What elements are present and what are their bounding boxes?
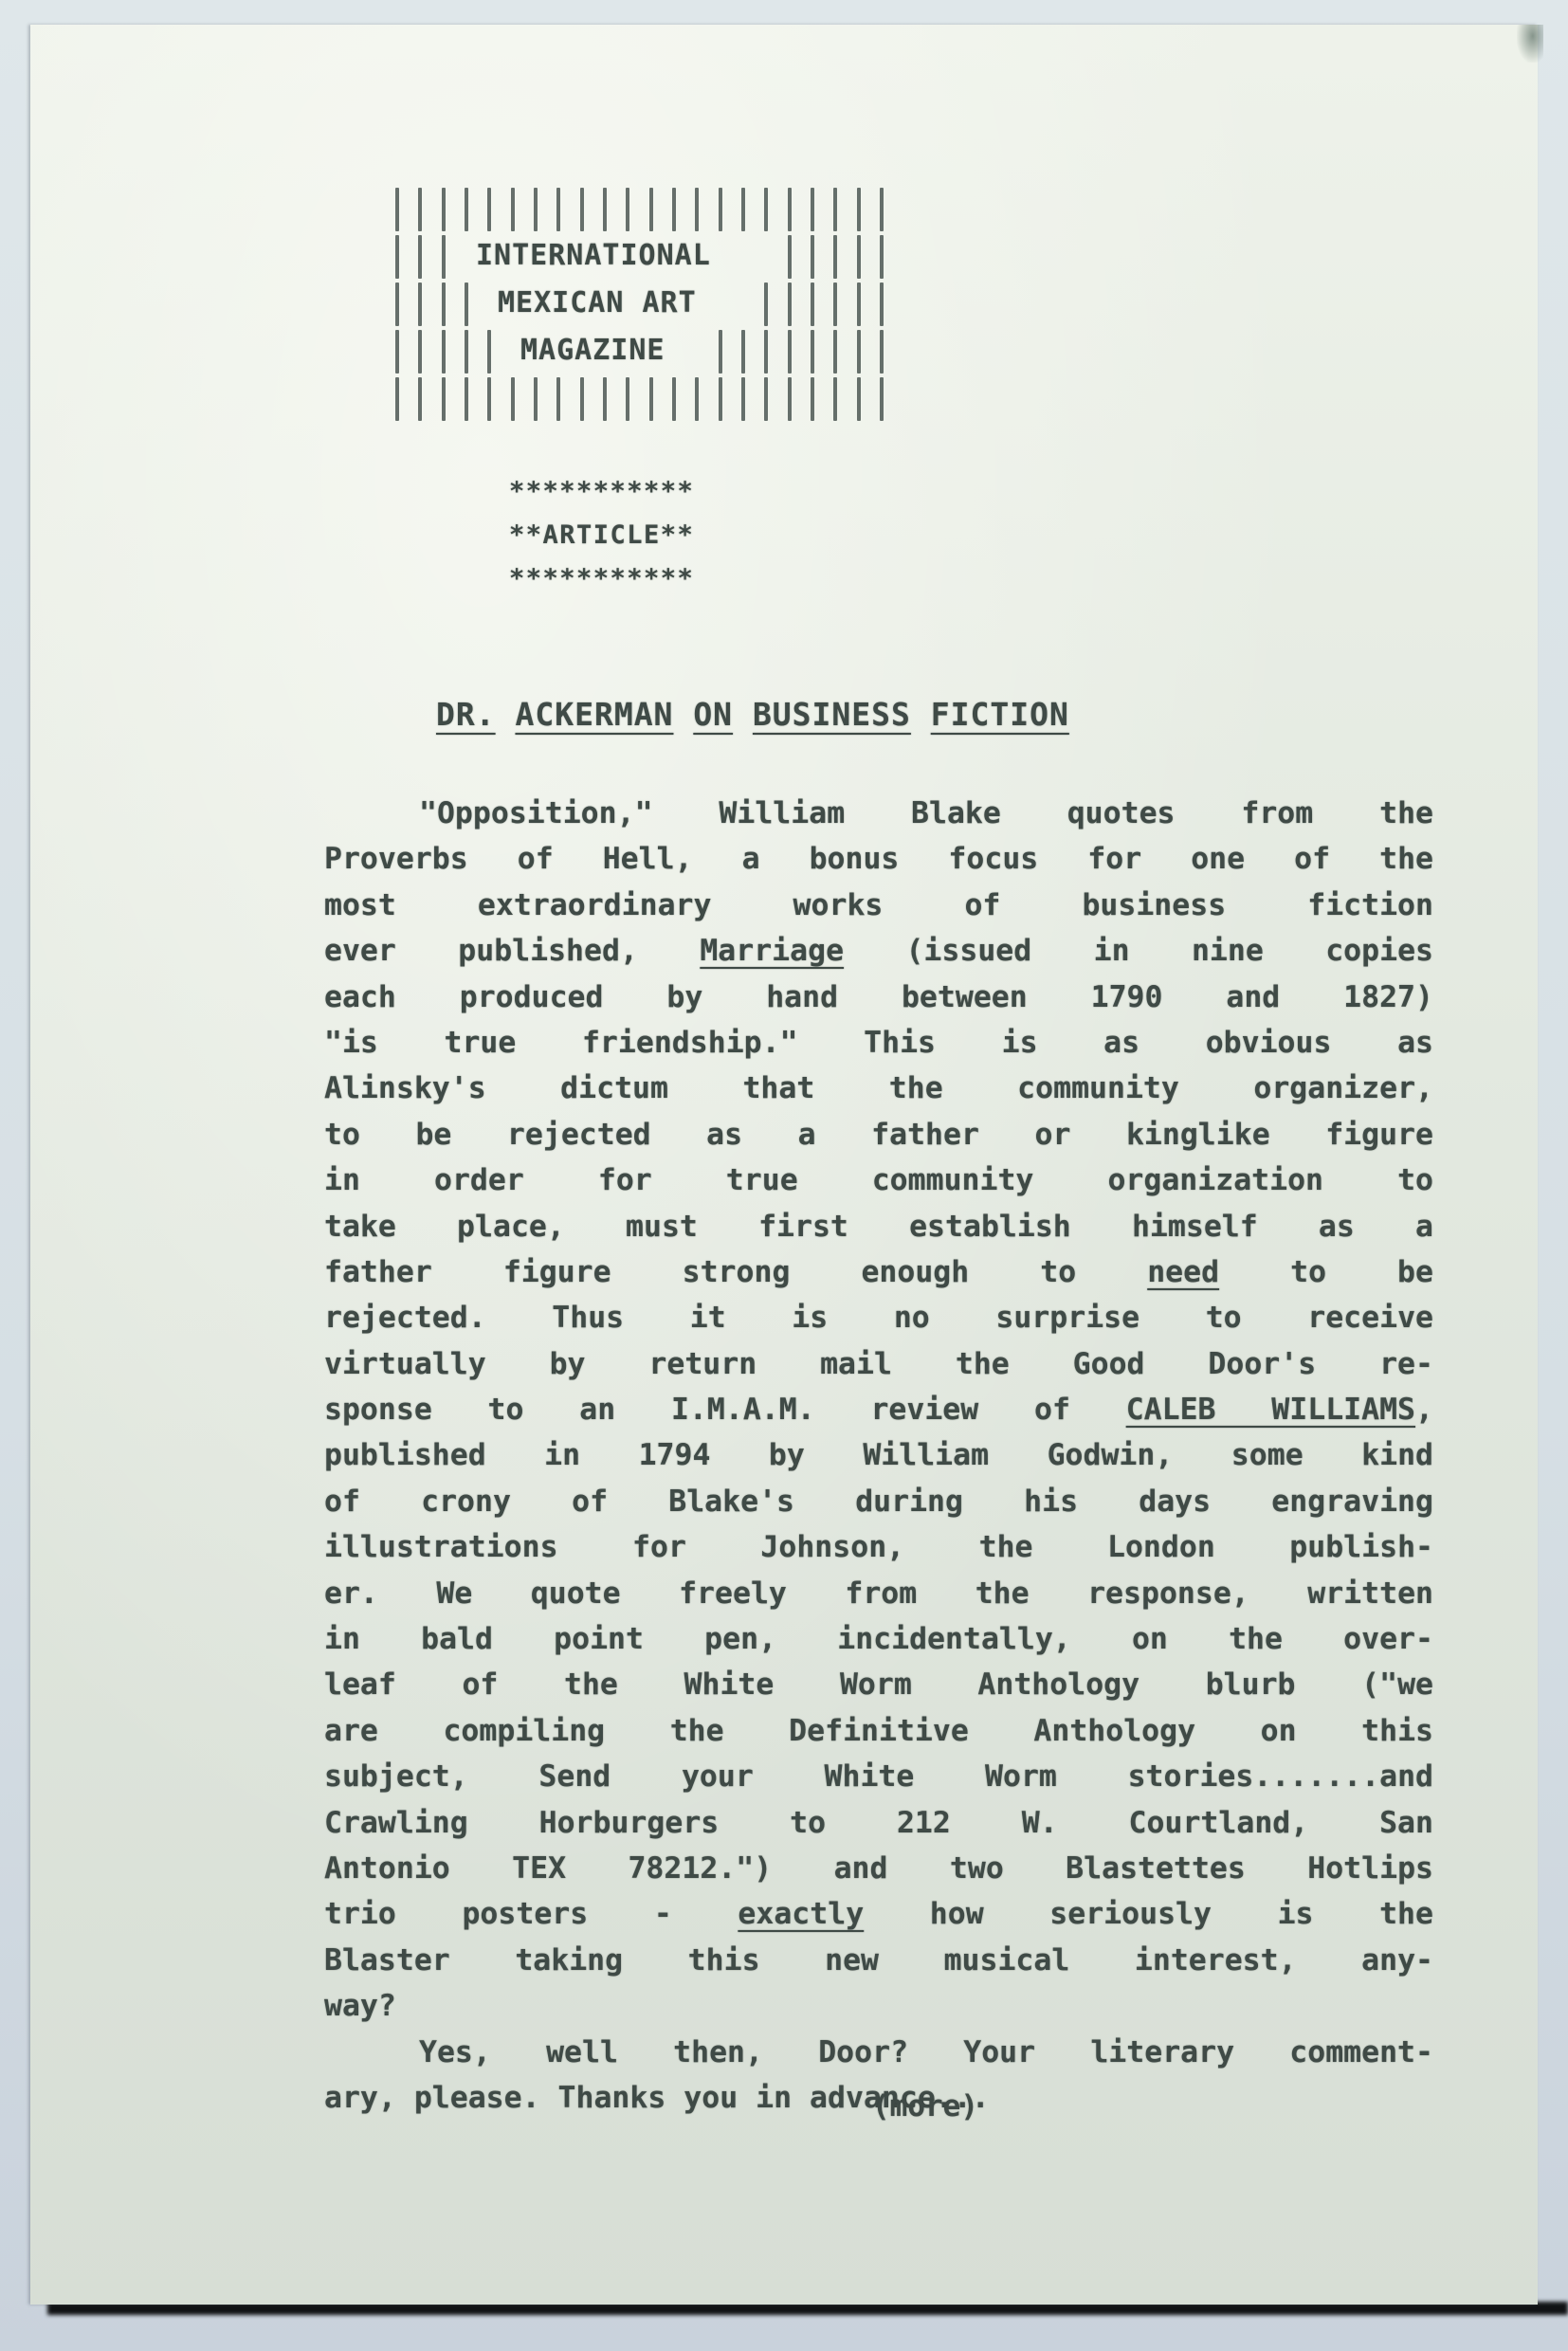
masthead-bar bbox=[534, 188, 538, 231]
masthead-bar bbox=[857, 330, 861, 374]
masthead-bar bbox=[764, 282, 768, 326]
masthead-bar bbox=[741, 377, 745, 421]
masthead-line-mexican-art: MEXICAN ART bbox=[498, 286, 697, 319]
masthead-bar bbox=[580, 377, 584, 421]
article-banner: *********** **ARTICLE** *********** bbox=[509, 470, 793, 601]
masthead-bar bbox=[719, 188, 722, 231]
masthead-bar bbox=[487, 188, 491, 231]
masthead-bar bbox=[465, 188, 468, 231]
masthead-bar bbox=[511, 188, 515, 231]
masthead-bar bbox=[880, 235, 884, 279]
body-line: take place, must first establish himself… bbox=[324, 1204, 1433, 1249]
masthead-bar bbox=[788, 330, 792, 374]
body-line: Crawling Horburgers to 212 W. Courtland,… bbox=[324, 1800, 1433, 1846]
masthead-bar bbox=[833, 188, 837, 231]
body-line: of crony of Blake's during his days engr… bbox=[324, 1479, 1433, 1524]
title-word: FICTION bbox=[931, 696, 1069, 733]
body-line: most extraordinary works of business fic… bbox=[324, 883, 1433, 928]
masthead-bar bbox=[395, 377, 399, 421]
masthead-bar bbox=[695, 188, 699, 231]
banner-label: **ARTICLE** bbox=[509, 514, 793, 557]
body-line: Yes, well then, Door? Your literary comm… bbox=[324, 2030, 1433, 2075]
masthead-bar bbox=[764, 377, 768, 421]
masthead-line-magazine: MAGAZINE bbox=[520, 334, 665, 367]
article-body: "Opposition," William Blake quotes from … bbox=[324, 791, 1433, 2121]
masthead-bar bbox=[626, 377, 629, 421]
paper-corner-smudge bbox=[1517, 25, 1543, 63]
masthead-bar bbox=[442, 330, 446, 374]
masthead-bar bbox=[418, 282, 422, 326]
masthead: INTERNATIONAL MEXICAN ART MAGAZINE bbox=[395, 188, 884, 425]
body-line: Blaster taking this new musical interest… bbox=[324, 1938, 1433, 1983]
masthead-bar bbox=[603, 377, 607, 421]
masthead-bar bbox=[649, 188, 653, 231]
masthead-bar-row-bottom bbox=[395, 377, 884, 421]
masthead-bar bbox=[465, 330, 468, 374]
masthead-bar bbox=[465, 377, 468, 421]
masthead-bar bbox=[811, 330, 814, 374]
typewritten-page: INTERNATIONAL MEXICAN ART MAGAZINE *****… bbox=[30, 25, 1538, 2305]
masthead-bar bbox=[811, 188, 814, 231]
masthead-bar bbox=[833, 282, 837, 326]
masthead-bar bbox=[857, 377, 861, 421]
continuation-marker: (more) bbox=[872, 2089, 978, 2123]
masthead-bar bbox=[719, 377, 722, 421]
masthead-bar bbox=[442, 188, 446, 231]
masthead-bar bbox=[880, 330, 884, 374]
masthead-bar bbox=[788, 377, 792, 421]
masthead-bar bbox=[487, 377, 491, 421]
masthead-bar bbox=[418, 377, 422, 421]
masthead-bar bbox=[857, 235, 861, 279]
body-line: published in 1794 by William Godwin, som… bbox=[324, 1432, 1433, 1478]
masthead-line-international: INTERNATIONAL bbox=[476, 239, 711, 272]
body-line: illustrations for Johnson, the London pu… bbox=[324, 1524, 1433, 1570]
masthead-bar bbox=[788, 235, 792, 279]
masthead-bar bbox=[857, 188, 861, 231]
body-line: virtually by return mail the Good Door's… bbox=[324, 1341, 1433, 1387]
title-word: ON bbox=[693, 696, 733, 733]
body-line: are compiling the Definitive Anthology o… bbox=[324, 1708, 1433, 1754]
masthead-bar bbox=[788, 188, 792, 231]
body-line: ever published, Marriage (issued in nine… bbox=[324, 928, 1433, 974]
underlined-text: exactly bbox=[738, 1897, 864, 1931]
masthead-bar bbox=[719, 330, 722, 374]
masthead-bar bbox=[487, 330, 491, 374]
title-word: BUSINESS bbox=[753, 696, 911, 733]
masthead-bar bbox=[511, 377, 515, 421]
masthead-bar bbox=[556, 377, 560, 421]
body-line: in order for true community organization… bbox=[324, 1157, 1433, 1203]
body-line: father figure strong enough to need to b… bbox=[324, 1249, 1433, 1295]
masthead-bar bbox=[442, 282, 446, 326]
masthead-bar bbox=[880, 188, 884, 231]
title-word: ACKERMAN bbox=[515, 696, 673, 733]
body-line: Alinsky's dictum that the community orga… bbox=[324, 1066, 1433, 1111]
masthead-bar bbox=[764, 330, 768, 374]
masthead-bar bbox=[395, 282, 399, 326]
masthead-bar bbox=[833, 235, 837, 279]
body-line: "Opposition," William Blake quotes from … bbox=[324, 791, 1433, 836]
masthead-bar bbox=[418, 188, 422, 231]
banner-asterisks-bottom: *********** bbox=[509, 557, 793, 601]
masthead-bar bbox=[811, 377, 814, 421]
masthead-bar bbox=[442, 235, 446, 279]
body-line: to be rejected as a father or kinglike f… bbox=[324, 1112, 1433, 1157]
masthead-bar-row-top bbox=[395, 188, 884, 231]
masthead-bar bbox=[672, 377, 676, 421]
masthead-bar bbox=[880, 282, 884, 326]
masthead-bar bbox=[811, 282, 814, 326]
masthead-bar bbox=[395, 330, 399, 374]
article-title: DR. ACKERMAN ON BUSINESS FICTION bbox=[436, 696, 1069, 733]
masthead-bar bbox=[788, 282, 792, 326]
masthead-bar bbox=[603, 188, 607, 231]
body-line: "is true friendship." This is as obvious… bbox=[324, 1020, 1433, 1066]
masthead-bar bbox=[811, 235, 814, 279]
body-line: in bald point pen, incidentally, on the … bbox=[324, 1616, 1433, 1662]
underlined-text: CALEB WILLIAMS bbox=[1126, 1393, 1415, 1427]
body-line: each produced by hand between 1790 and 1… bbox=[324, 975, 1433, 1020]
masthead-bar bbox=[395, 188, 399, 231]
masthead-bar bbox=[741, 330, 745, 374]
body-line: er. We quote freely from the response, w… bbox=[324, 1571, 1433, 1616]
body-line: rejected. Thus it is no surprise to rece… bbox=[324, 1295, 1433, 1340]
masthead-bar bbox=[857, 282, 861, 326]
body-line: Antonio TEX 78212.") and two Blastettes … bbox=[324, 1846, 1433, 1891]
masthead-bar bbox=[395, 235, 399, 279]
masthead-bar bbox=[418, 330, 422, 374]
masthead-bar bbox=[741, 188, 745, 231]
masthead-bar bbox=[534, 377, 538, 421]
banner-asterisks-top: *********** bbox=[509, 470, 793, 514]
body-line: trio posters - exactly how seriously is … bbox=[324, 1891, 1433, 1937]
body-line: subject, Send your White Worm stories...… bbox=[324, 1754, 1433, 1799]
masthead-bar bbox=[465, 282, 468, 326]
masthead-bar bbox=[880, 377, 884, 421]
masthead-bar bbox=[626, 188, 629, 231]
underlined-text: need bbox=[1147, 1255, 1219, 1289]
masthead-bar bbox=[833, 330, 837, 374]
masthead-bar bbox=[833, 377, 837, 421]
title-word: DR. bbox=[436, 696, 496, 733]
masthead-bar bbox=[672, 188, 676, 231]
underlined-text: Marriage bbox=[700, 934, 844, 968]
masthead-bar bbox=[649, 377, 653, 421]
masthead-bar bbox=[580, 188, 584, 231]
masthead-bar bbox=[695, 377, 699, 421]
body-line: sponse to an I.M.A.M. review of CALEB WI… bbox=[324, 1387, 1433, 1432]
masthead-bar bbox=[556, 188, 560, 231]
body-line: Proverbs of Hell, a bonus focus for one … bbox=[324, 836, 1433, 882]
body-line: leaf of the White Worm Anthology blurb (… bbox=[324, 1662, 1433, 1707]
masthead-bar bbox=[442, 377, 446, 421]
body-line: way? bbox=[324, 1983, 1433, 2029]
masthead-bar bbox=[418, 235, 422, 279]
masthead-bar bbox=[764, 188, 768, 231]
